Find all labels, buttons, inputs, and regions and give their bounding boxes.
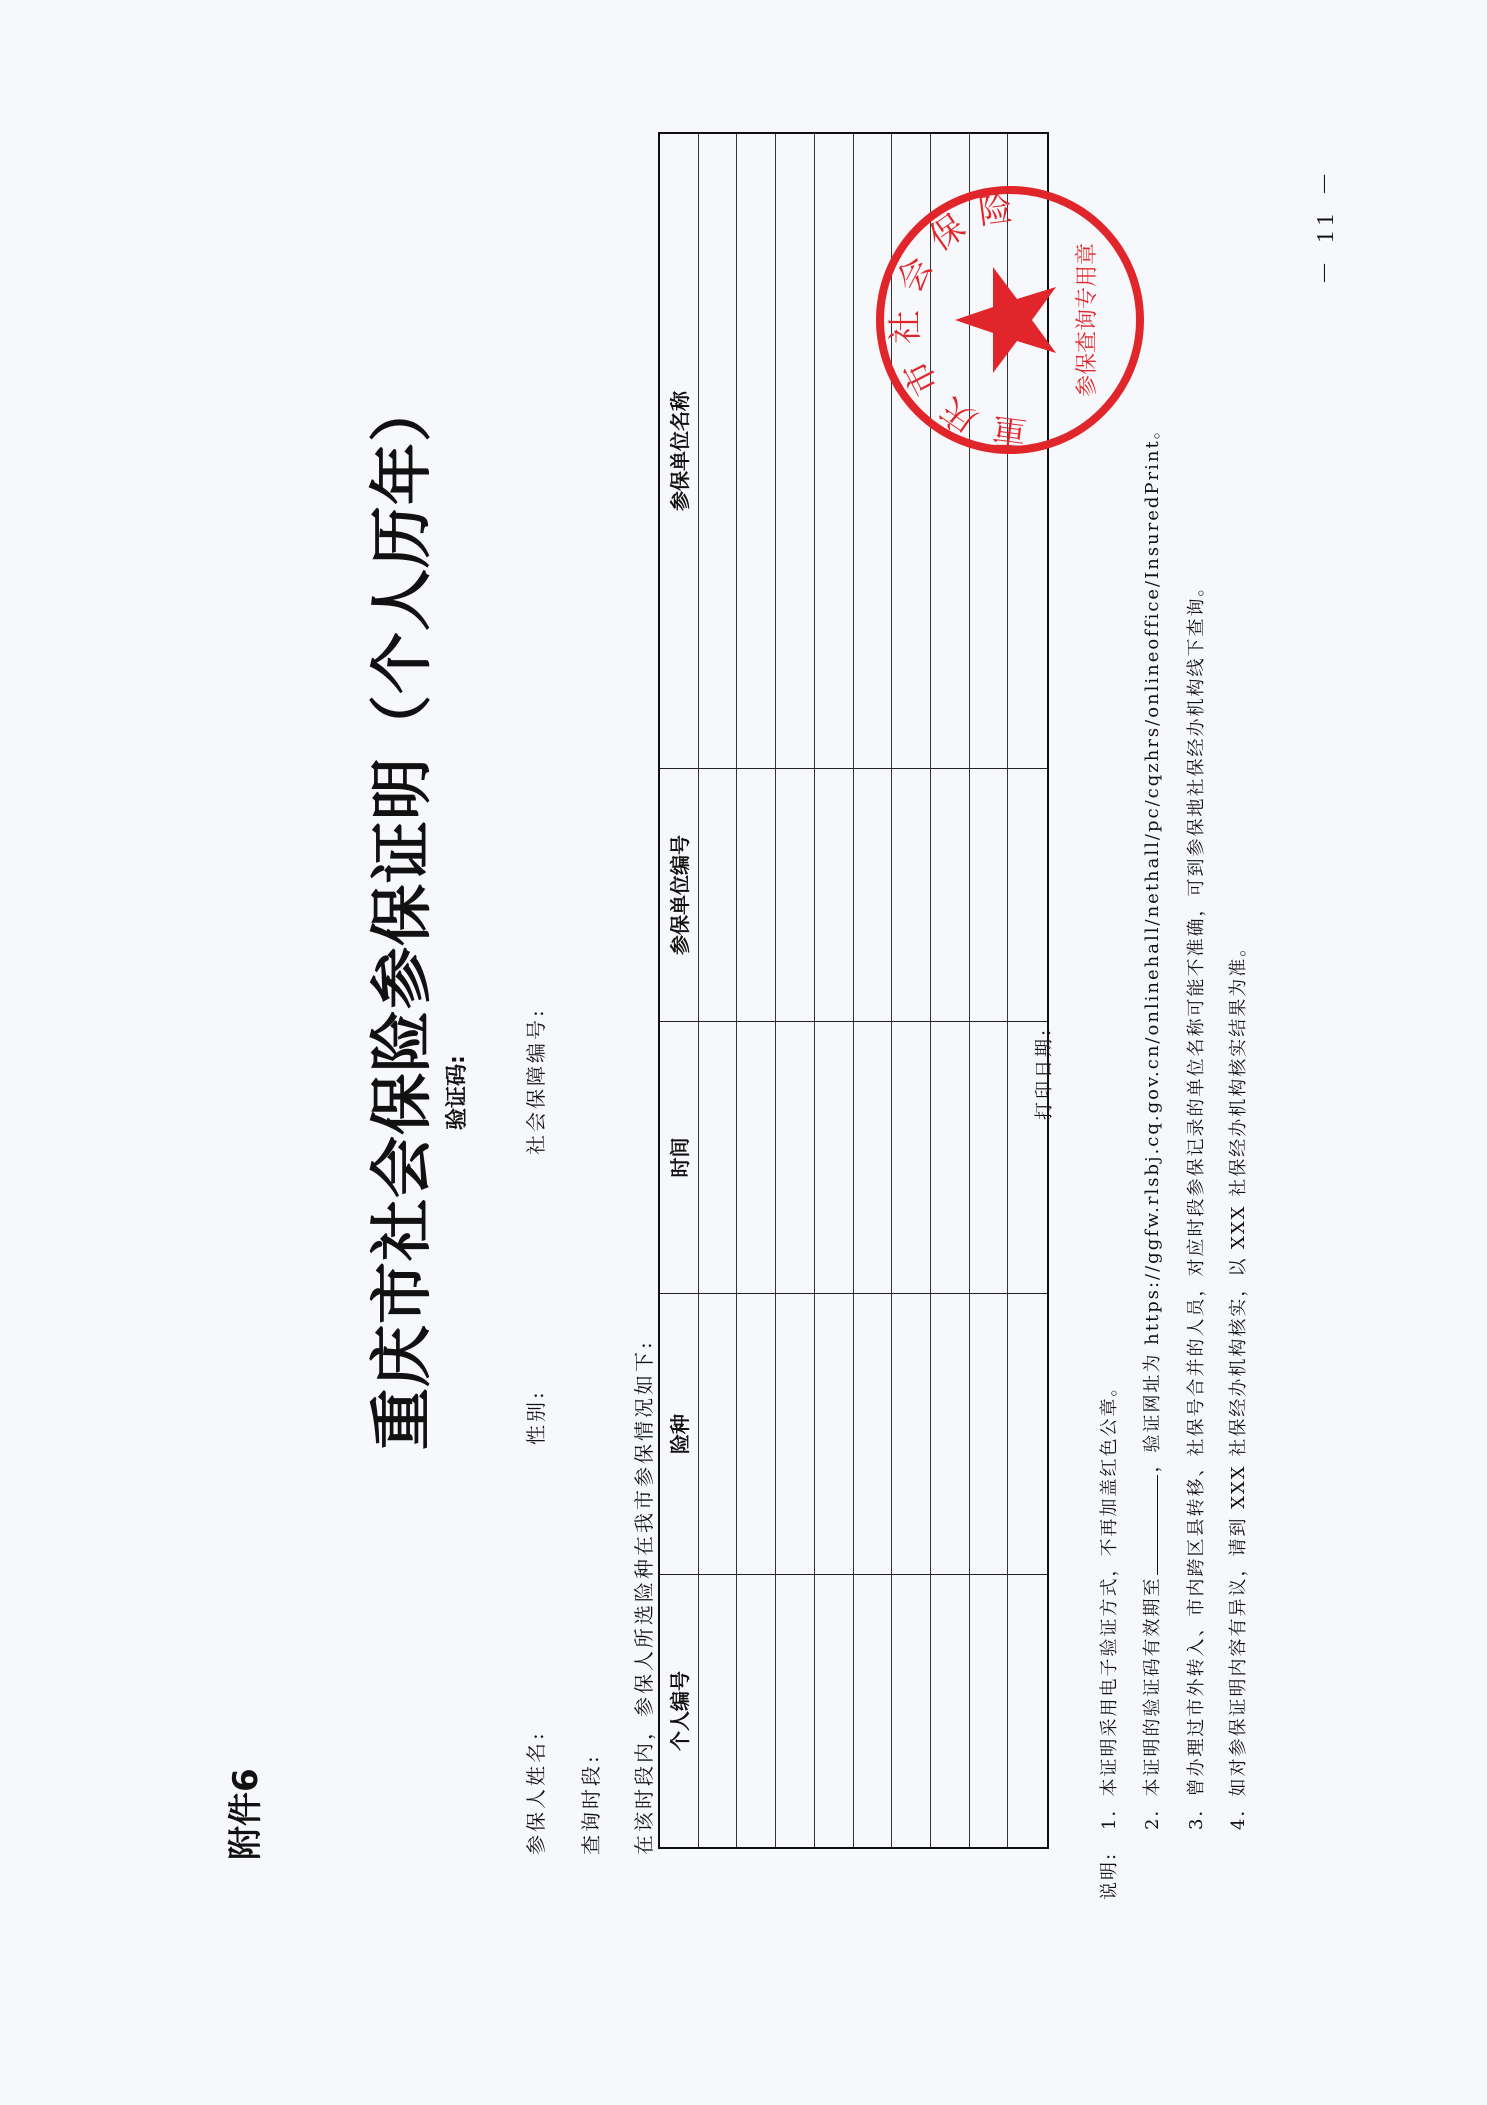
table-cell xyxy=(854,1293,893,1574)
print-date-label: 打印日期: xyxy=(1030,1027,1056,1120)
table-header-cell: 参保单位编号 xyxy=(660,768,699,1021)
table-cell xyxy=(854,768,893,1021)
table-header-cell: 参保单位名称 xyxy=(660,134,699,768)
table-cell xyxy=(737,1574,776,1847)
expiry-blank xyxy=(1143,1475,1158,1575)
verify-code-label: 验证码: xyxy=(440,1055,471,1130)
table-cell xyxy=(931,1293,970,1574)
table-cell xyxy=(1008,768,1047,1021)
table-cell xyxy=(776,1293,815,1574)
table-cell xyxy=(699,1021,738,1293)
table-cell xyxy=(737,1021,776,1293)
query-period-label: 查询时段: xyxy=(575,1753,604,1855)
social-security-number-label: 社会保障编号: xyxy=(520,1007,549,1155)
table-cell xyxy=(931,1574,970,1847)
table-cell xyxy=(776,768,815,1021)
table-cell xyxy=(970,768,1009,1021)
table-cell xyxy=(1008,1293,1047,1574)
gender-label: 性别: xyxy=(520,1389,549,1445)
table-cell xyxy=(737,1293,776,1574)
table-header-cell: 时间 xyxy=(660,1021,699,1293)
table-cell xyxy=(815,1293,854,1574)
note-text: ，验证网址为 https://ggfw.rlsbj.cq.gov.cn/onli… xyxy=(1142,419,1163,1472)
table-cell xyxy=(892,1574,931,1847)
table-cell xyxy=(737,134,776,768)
note-item: 1．本证明采用电子验证方式，不再加盖红色公章。 xyxy=(1095,1377,1121,1830)
table-cell xyxy=(776,1574,815,1847)
table-cell xyxy=(854,1021,893,1293)
table-cell xyxy=(776,134,815,768)
table-cell xyxy=(699,134,738,768)
table-header-cell: 个人编号 xyxy=(660,1574,699,1847)
table-cell xyxy=(892,768,931,1021)
table-cell xyxy=(815,134,854,768)
page-number: － 11 － xyxy=(1305,166,1340,285)
table-cell xyxy=(699,1574,738,1847)
page-title: 重庆市社会保险参保证明（个人历年） xyxy=(352,379,441,1450)
document-page: 附件6 重庆市社会保险参保证明（个人历年） 验证码: 参保人姓名: 性别: 社会… xyxy=(0,0,1487,2105)
table-cell xyxy=(854,1574,893,1847)
table-cell xyxy=(815,768,854,1021)
note-item: 2．本证明的验证码有效期至，验证网址为 https://ggfw.rlsbj.c… xyxy=(1138,419,1164,1830)
seal-inner-text: 参保查询专用章 xyxy=(1075,243,1100,397)
intro-text: 在该时段内，参保人所选险种在我市参保情况如下: xyxy=(628,1339,657,1855)
note-item: 4．如对参保证明内容有异议，请到 XXX 社保经办机构核实，以 XXX 社保经办… xyxy=(1224,937,1250,1830)
table-cell xyxy=(737,768,776,1021)
table-cell xyxy=(699,1293,738,1574)
table-cell xyxy=(970,1574,1009,1847)
table-cell xyxy=(892,1293,931,1574)
table-cell xyxy=(776,1021,815,1293)
table-cell xyxy=(892,1021,931,1293)
table-cell xyxy=(815,1021,854,1293)
table-cell xyxy=(931,1021,970,1293)
table-cell xyxy=(970,1293,1009,1574)
table-cell xyxy=(1008,1574,1047,1847)
insured-name-label: 参保人姓名: xyxy=(520,1730,549,1855)
official-seal-stamp: 重庆市社会保险 参保查询专用章 xyxy=(870,180,1150,460)
note-text: 2．本证明的验证码有效期至 xyxy=(1142,1577,1163,1830)
table-cell xyxy=(699,768,738,1021)
attachment-label: 附件6 xyxy=(218,1768,267,1860)
star-icon xyxy=(955,267,1056,373)
table-header-cell: 险种 xyxy=(660,1293,699,1574)
notes-label: 说明: xyxy=(1095,1852,1121,1900)
table-cell xyxy=(815,1574,854,1847)
table-cell xyxy=(931,768,970,1021)
note-item: 3．曾办理过市外转入、市内跨区县转移、社保号合并的人员，对应时段参保记录的单位名… xyxy=(1182,577,1208,1830)
table-cell xyxy=(970,1021,1009,1293)
